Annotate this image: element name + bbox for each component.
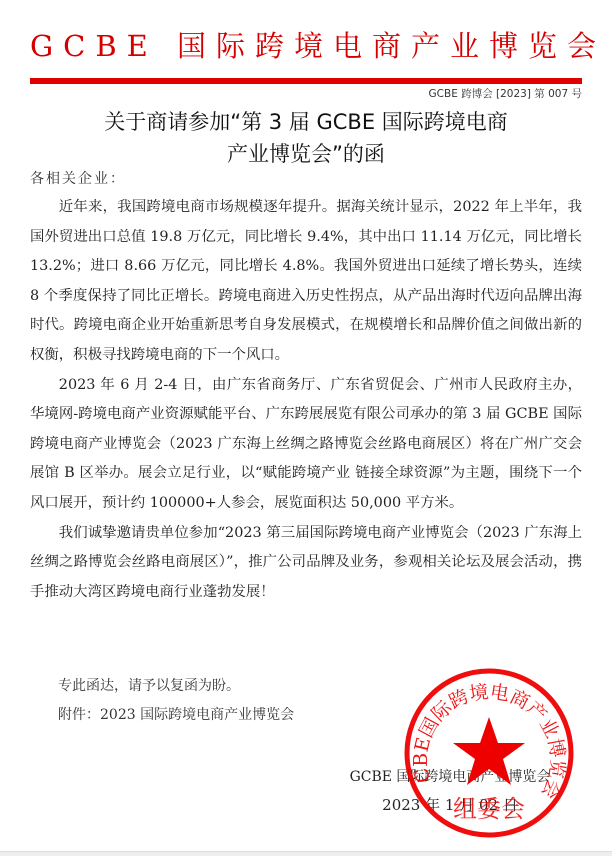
seal-bottom-text: 组委会 <box>453 795 525 823</box>
closing-line: 专此函达，请予以复函为盼。 <box>58 672 294 701</box>
page-bottom-edge <box>0 851 612 856</box>
document-title: 关于商请参加“第 3 届 GCBE 国际跨境电商 产业博览会”的函 <box>30 106 582 170</box>
paragraph-invitation: 我们诚挚邀请贵单位参加“2023 第三届国际跨境电商产业博览会（2023 广东海… <box>30 519 582 608</box>
salutation: 各相关企业： <box>30 168 126 188</box>
document-number: GCBE 跨博会 [2023] 第 007 号 <box>429 86 582 101</box>
organization-header-title: GCBE 国际跨境电商产业博览会 <box>30 26 590 66</box>
header-red-rule <box>30 78 582 84</box>
paragraph-event-details: 2023 年 6 月 2-4 日，由广东省商务厅、广东省贸促会、广州市人民政府主… <box>30 371 582 519</box>
document-title-line-1: 关于商请参加“第 3 届 GCBE 国际跨境电商 <box>30 106 582 138</box>
star-icon <box>453 717 525 785</box>
document-title-line-2: 产业博览会”的函 <box>30 138 582 170</box>
letter-body: 近年来，我国跨境电商市场规模逐年提升。据海关统计显示，2022 年上半年，我国外… <box>30 193 582 607</box>
official-seal-stamp: GCBE国际跨境电商产业博览会 组委会 <box>403 667 575 839</box>
attachment-line: 附件：2023 国际跨境电商产业博览会 <box>58 701 294 730</box>
paragraph-market-overview: 近年来，我国跨境电商市场规模逐年提升。据海关统计显示，2022 年上半年，我国外… <box>30 193 582 371</box>
closing-block: 专此函达，请予以复函为盼。 附件：2023 国际跨境电商产业博览会 <box>58 672 294 730</box>
letter-page: GCBE 国际跨境电商产业博览会 GCBE 跨博会 [2023] 第 007 号… <box>0 0 612 850</box>
